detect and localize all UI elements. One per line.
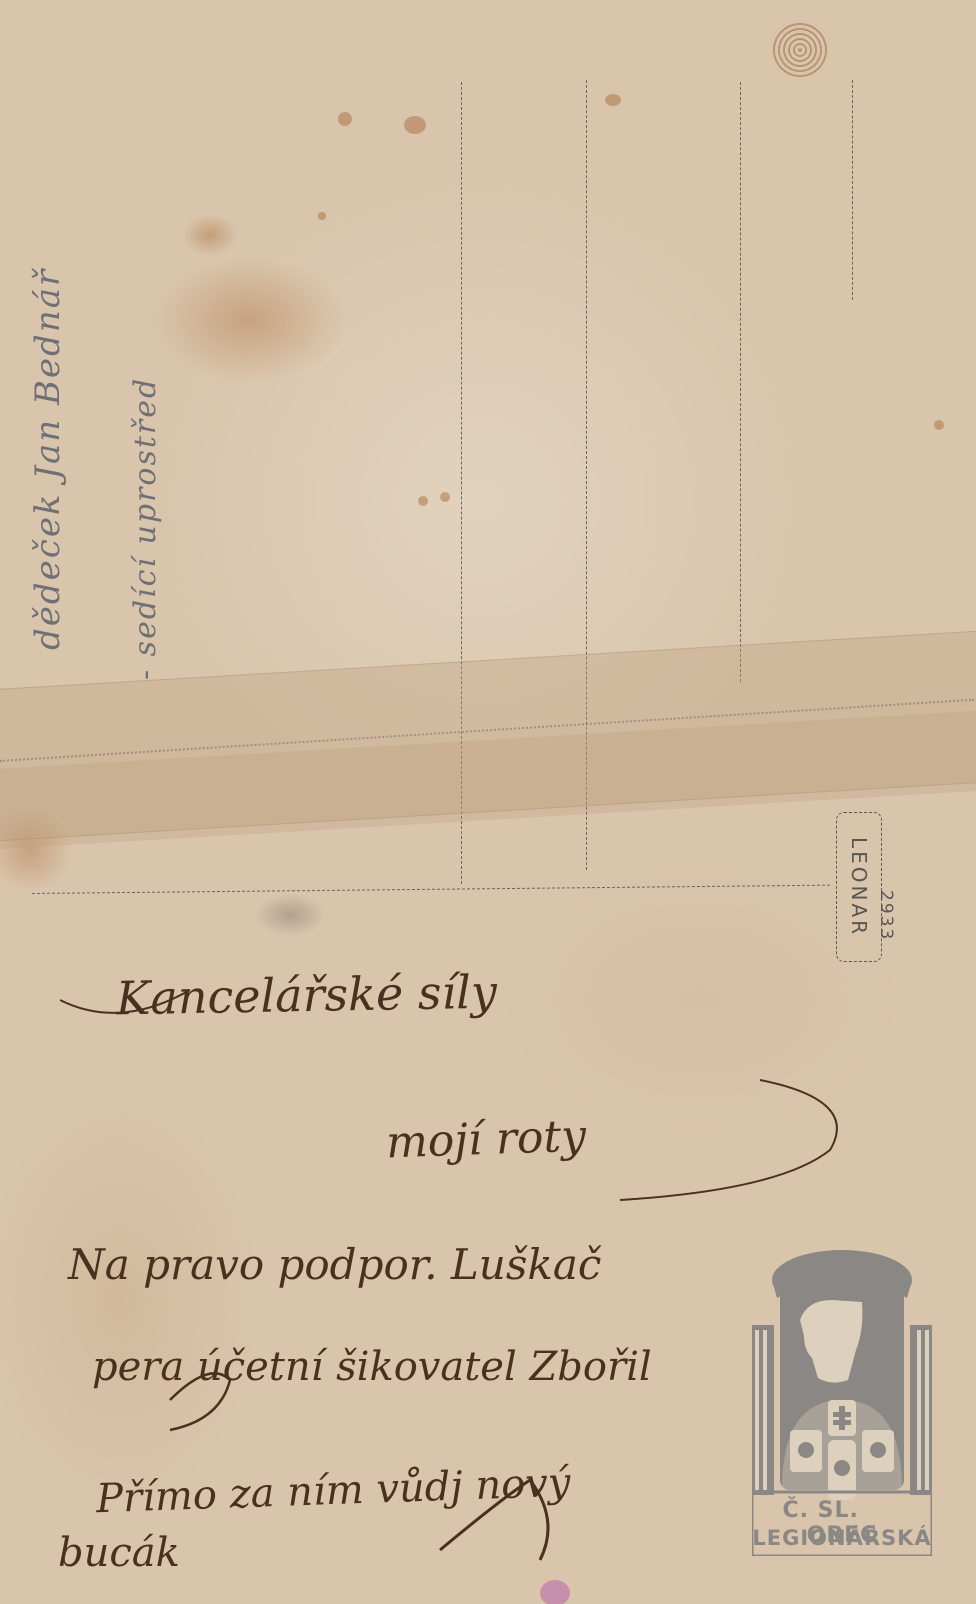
legion-watermark-logo: Č. SL. OBEC LEGIONÁŘSKÁ	[752, 1240, 932, 1556]
divider-line	[32, 885, 830, 894]
logo-line2: LEGIONÁŘSKÁ	[752, 1526, 932, 1550]
stain	[318, 212, 326, 220]
stain	[418, 496, 428, 506]
logo-text-csl: Č. SL.	[782, 1498, 858, 1523]
postcard-back: dědeček Jan Bednář - sedící uprostřed LE…	[0, 0, 976, 1604]
fingerprint-stain	[770, 20, 830, 80]
stain	[440, 492, 450, 502]
publisher-name: LEONAR	[837, 813, 881, 961]
divider-line	[740, 82, 741, 682]
pencil-note-line2: - sedící uprostřed	[128, 377, 163, 680]
stain	[404, 116, 426, 134]
stain	[934, 420, 944, 430]
stain	[605, 94, 621, 106]
pencil-note-line1: dědeček Jan Bednář	[28, 268, 68, 650]
publisher-number: 2933	[876, 890, 896, 941]
divider-line	[852, 80, 853, 300]
stain	[338, 112, 352, 126]
